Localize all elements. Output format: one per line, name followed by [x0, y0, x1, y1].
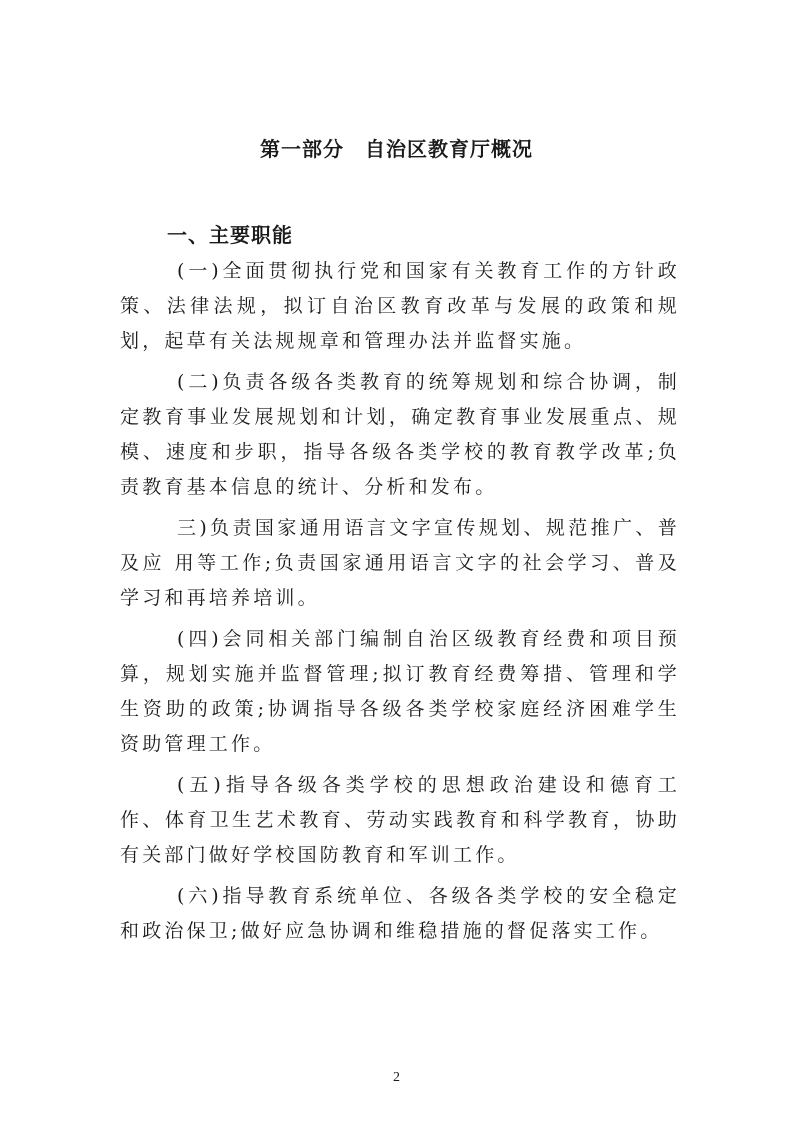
- page-number: 2: [0, 1070, 793, 1086]
- paragraph-6: (六)指导教育系统单位、各级各类学校的安全稳定和政治保卫;做好应急协调和维稳措施…: [120, 879, 680, 949]
- paragraph-4: (四)会同相关部门编制自治区级教育经费和项目预算，规划实施并监督管理;拟订教育经…: [120, 622, 680, 762]
- page-title: 第一部分 自治区教育厅概况: [0, 133, 793, 162]
- section-heading: 一、主要职能: [167, 219, 293, 248]
- paragraph-2: (二)负责各级各类教育的统筹规划和综合协调，制定教育事业发展规划和计划，确定教育…: [120, 365, 680, 505]
- paragraph-1: (一)全面贯彻执行党和国家有关教育工作的方针政策、法律法规，拟订自治区教育改革与…: [120, 254, 680, 359]
- paragraph-3: 三)负责国家通用语言文字宣传规划、规范推广、普及应 用等工作;负责国家通用语言文…: [120, 511, 680, 616]
- body-text: (一)全面贯彻执行党和国家有关教育工作的方针政策、法律法规，拟订自治区教育改革与…: [120, 254, 680, 955]
- paragraph-5: (五)指导各级各类学校的思想政治建设和德育工作、体育卫生艺术教育、劳动实践教育和…: [120, 768, 680, 873]
